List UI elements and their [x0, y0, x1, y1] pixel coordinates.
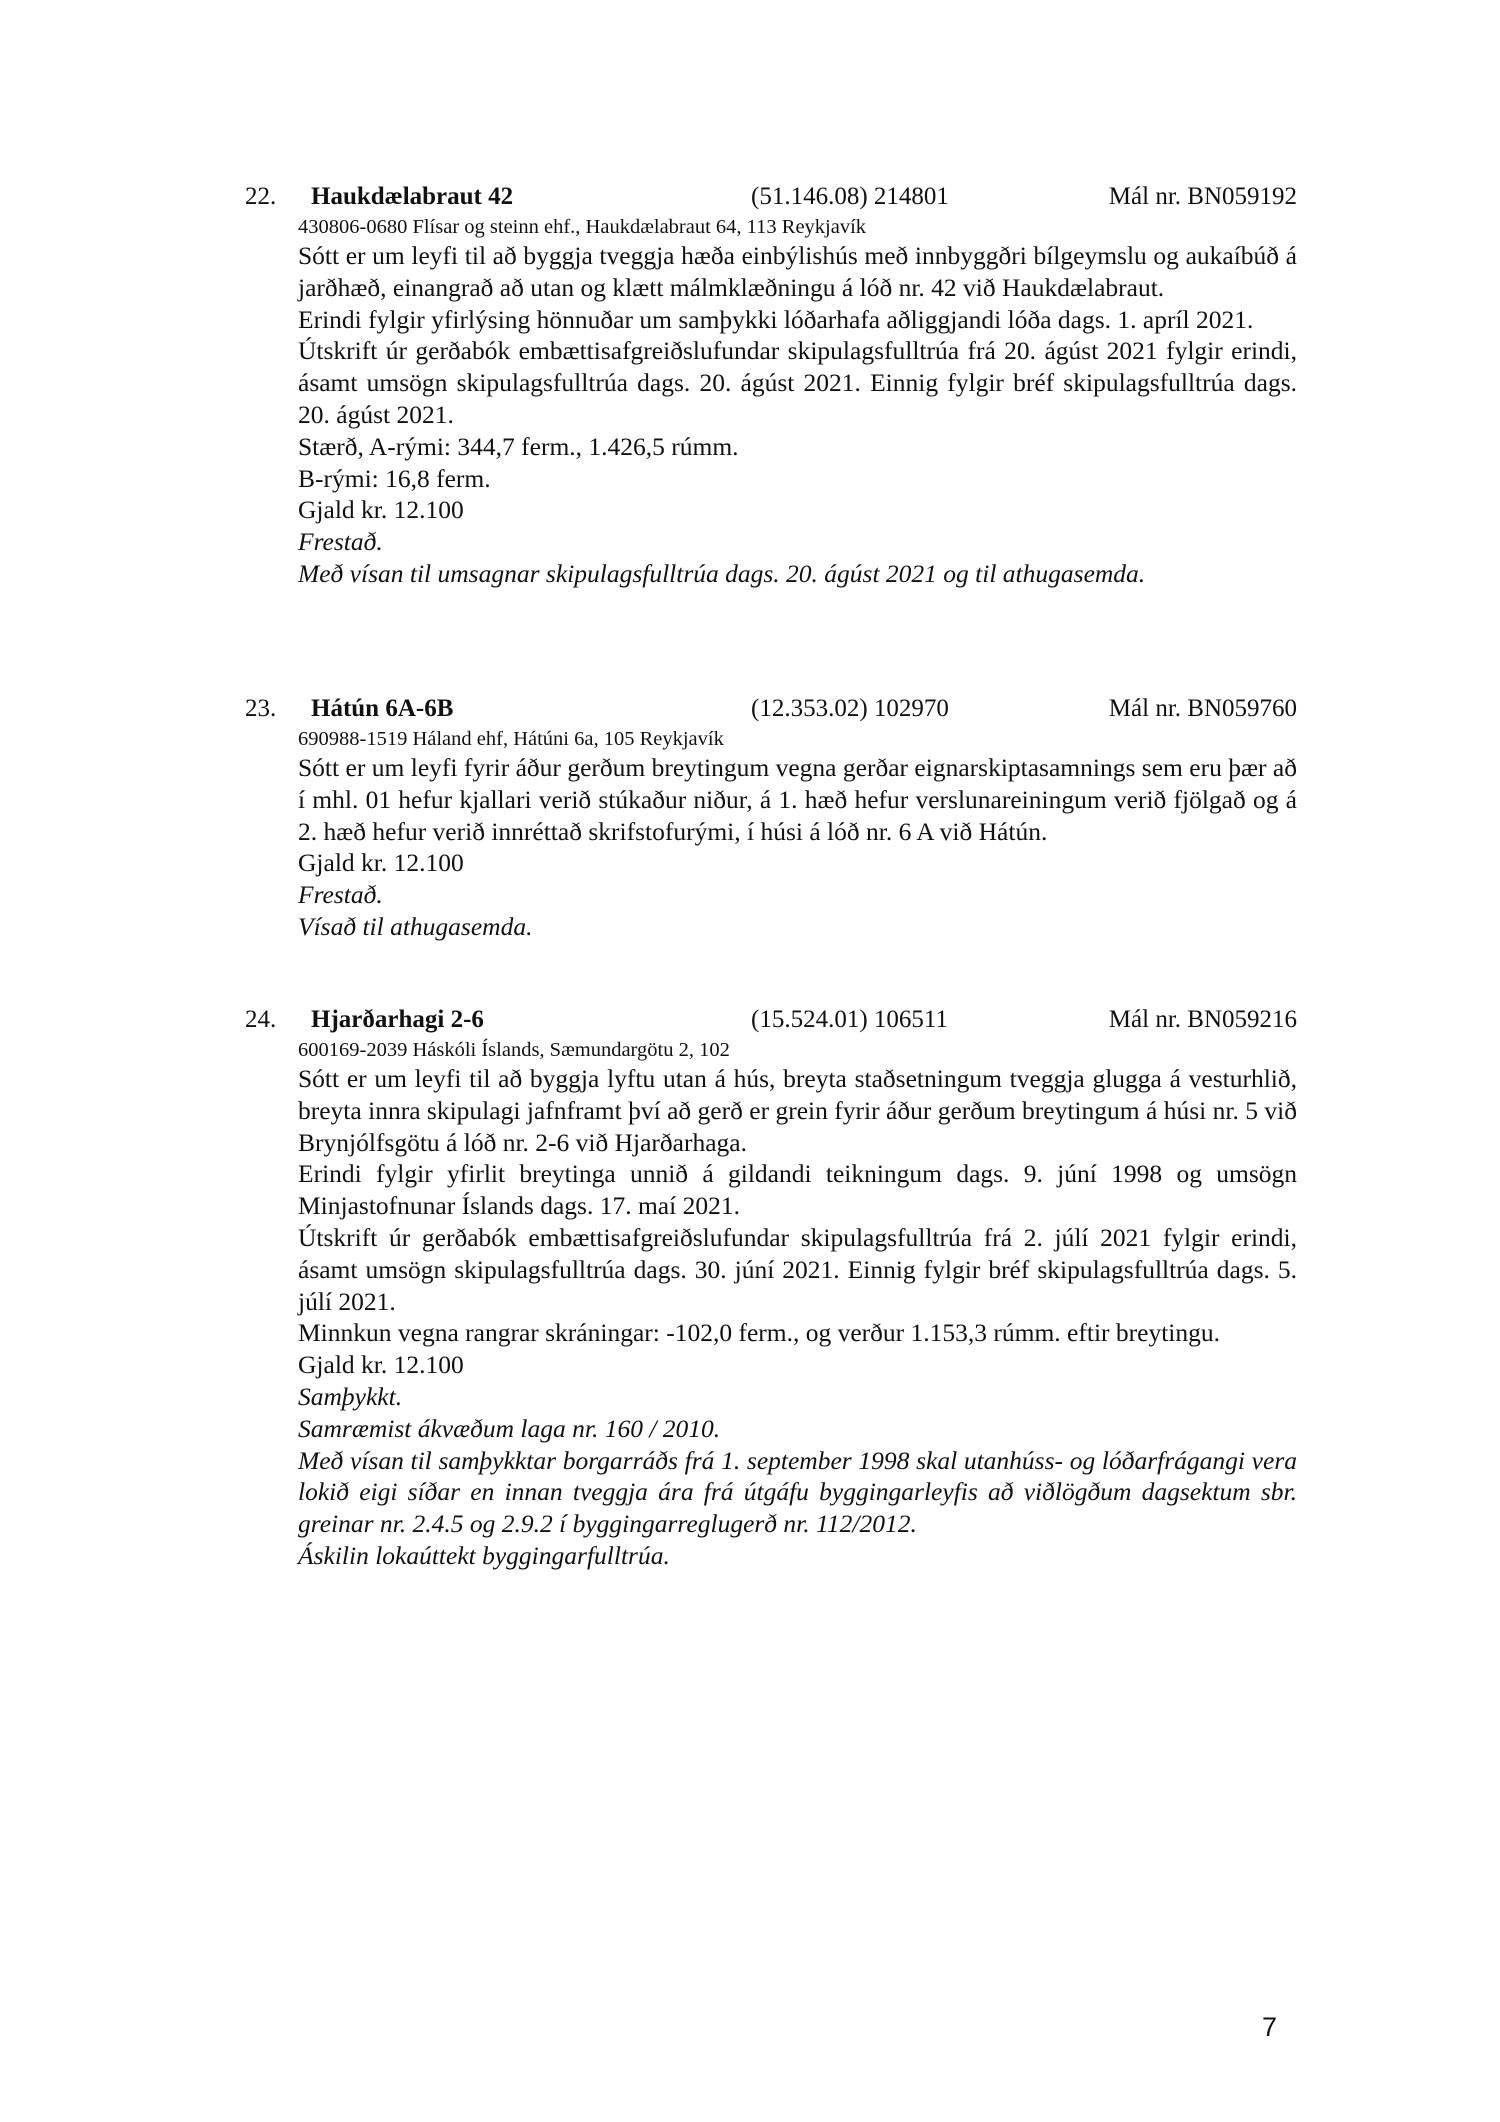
paragraph: Sótt er um leyfi til að byggja tveggja h…	[298, 240, 1297, 304]
case-reference: Mál nr. BN059760	[1109, 692, 1297, 726]
case-reference: Mál nr. BN059216	[1109, 1003, 1297, 1037]
paragraph: Erindi fylgir yfirlýsing hönnuðar um sam…	[298, 304, 1297, 336]
decision-text: Áskilin lokaúttekt byggingarfulltrúa.	[298, 1540, 1297, 1572]
decision-text: Samþykkt.	[298, 1381, 1297, 1413]
paragraphs: Sótt er um leyfi til að byggja tveggja h…	[298, 240, 1297, 590]
case-title: Haukdælabraut 42	[311, 180, 751, 214]
paragraph: B-rými: 16,8 ferm.	[298, 463, 1297, 495]
case-title: Hjarðarhagi 2-6	[311, 1003, 751, 1037]
paragraph: Stærð, A-rými: 344,7 ferm., 1.426,5 rúmm…	[298, 431, 1297, 463]
case-item: 24. Hjarðarhagi 2-6 (15.524.01) 106511 M…	[245, 1003, 1297, 1572]
applicant: 430806-0680 Flísar og steinn ehf., Haukd…	[298, 214, 1297, 240]
document-page: 22. Haukdælabraut 42 (51.146.08) 214801 …	[0, 0, 1500, 2122]
land-id: (12.353.02) 102970	[751, 692, 1071, 726]
case-header: 23. Hátún 6A-6B (12.353.02) 102970 Mál n…	[245, 692, 1297, 726]
decision-text: Frestað.	[298, 879, 1297, 911]
paragraph: Útskrift úr gerðabók embættisafgreiðsluf…	[298, 335, 1297, 430]
paragraph: Erindi fylgir yfirlit breytinga unnið á …	[298, 1158, 1297, 1222]
page-number: 7	[1262, 2012, 1277, 2043]
case-title: Hátún 6A-6B	[311, 692, 751, 726]
paragraphs: Sótt er um leyfi til að byggja lyftu uta…	[298, 1063, 1297, 1572]
decision-text: Frestað.	[298, 526, 1297, 558]
case-header: 22. Haukdælabraut 42 (51.146.08) 214801 …	[245, 180, 1297, 214]
decision-text: Með vísan til samþykktar borgarráðs frá …	[298, 1445, 1297, 1540]
case-body: 690988-1519 Háland ehf, Hátúni 6a, 105 R…	[298, 726, 1297, 943]
case-number: 22.	[245, 180, 311, 214]
applicant: 600169-2039 Háskóli Íslands, Sæmundargöt…	[298, 1037, 1297, 1063]
case-number: 23.	[245, 692, 311, 726]
case-item: 23. Hátún 6A-6B (12.353.02) 102970 Mál n…	[245, 692, 1297, 943]
paragraph: Minnkun vegna rangrar skráningar: -102,0…	[298, 1317, 1297, 1349]
decision-text: Með vísan til umsagnar skipulagsfulltrúa…	[298, 558, 1297, 590]
paragraph: Gjald kr. 12.100	[298, 847, 1297, 879]
paragraphs: Sótt er um leyfi fyrir áður gerðum breyt…	[298, 752, 1297, 943]
paragraph: Sótt er um leyfi fyrir áður gerðum breyt…	[298, 752, 1297, 847]
paragraph: Sótt er um leyfi til að byggja lyftu uta…	[298, 1063, 1297, 1158]
case-number: 24.	[245, 1003, 311, 1037]
land-id: (15.524.01) 106511	[751, 1003, 1071, 1037]
paragraph: Gjald kr. 12.100	[298, 1349, 1297, 1381]
land-id: (51.146.08) 214801	[751, 180, 1071, 214]
decision-text: Samræmist ákvæðum laga nr. 160 / 2010.	[298, 1413, 1297, 1445]
decision-text: Vísað til athugasemda.	[298, 911, 1297, 943]
paragraph: Útskrift úr gerðabók embættisafgreiðsluf…	[298, 1222, 1297, 1317]
case-body: 430806-0680 Flísar og steinn ehf., Haukd…	[298, 214, 1297, 590]
applicant: 690988-1519 Háland ehf, Hátúni 6a, 105 R…	[298, 726, 1297, 752]
case-reference: Mál nr. BN059192	[1109, 180, 1297, 214]
case-body: 600169-2039 Háskóli Íslands, Sæmundargöt…	[298, 1037, 1297, 1572]
paragraph: Gjald kr. 12.100	[298, 494, 1297, 526]
case-item: 22. Haukdælabraut 42 (51.146.08) 214801 …	[245, 180, 1297, 590]
case-header: 24. Hjarðarhagi 2-6 (15.524.01) 106511 M…	[245, 1003, 1297, 1037]
